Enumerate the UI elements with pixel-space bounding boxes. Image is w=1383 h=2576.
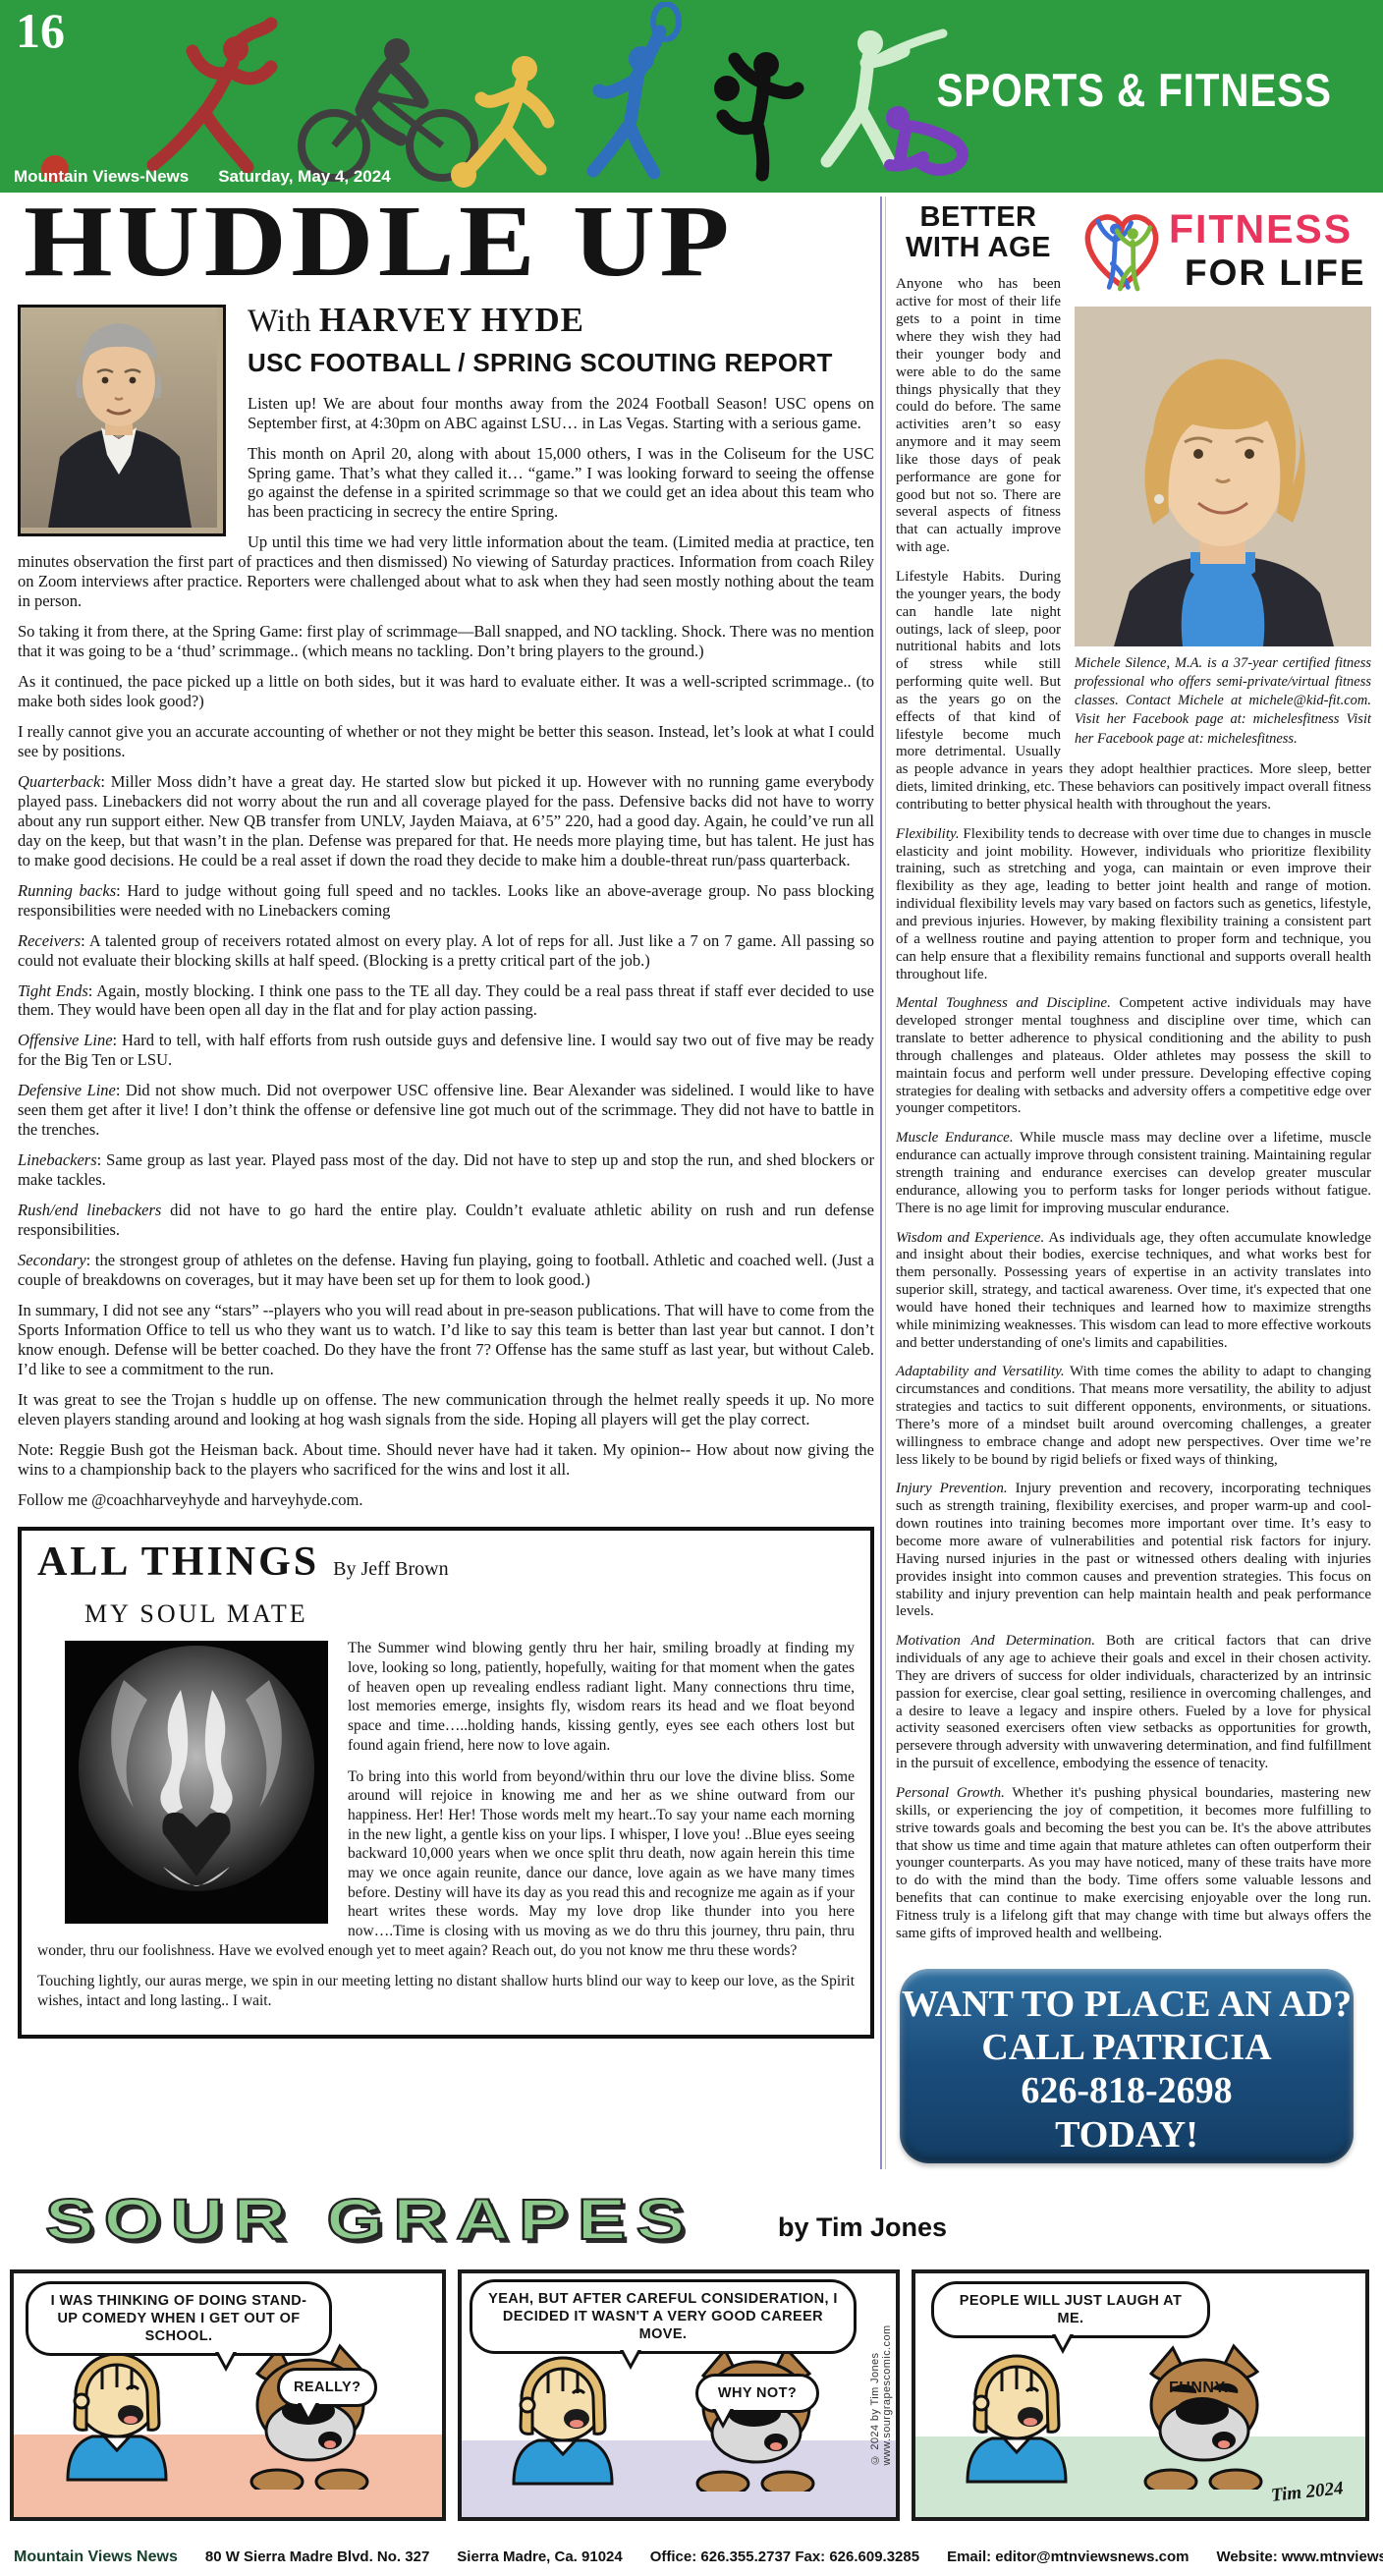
- all-things-title: ALL THINGS: [37, 1539, 319, 1586]
- comic-title: SOUR GRAPES: [45, 2187, 694, 2253]
- article-paragraph: So taking it from there, at the Spring G…: [18, 622, 874, 661]
- speech-bubble: YEAH, BUT AFTER CAREFUL CONSIDERATION, I…: [470, 2279, 857, 2354]
- article-body: Listen up! We are about four months away…: [18, 394, 874, 1510]
- baseball-batter-icon: [827, 30, 943, 163]
- place-ad-box: WANT TO PLACE AN AD?CALL PATRICIA626-818…: [900, 1969, 1354, 2163]
- article-title: HUDDLE UP: [24, 195, 976, 289]
- footer-phones: Office: 626.355.2737 Fax: 626.609.3285: [650, 2548, 919, 2566]
- article-paragraph: Linebackers: Same group as last year. Pl…: [18, 1150, 874, 1190]
- article-paragraph: Note: Reggie Bush got the Heisman back. …: [18, 1440, 874, 1480]
- harvey-hyde-photo: [18, 305, 226, 536]
- ad-line: CALL PATRICIA: [900, 2026, 1354, 2069]
- column-title: BETTER WITH AGE: [896, 202, 1075, 262]
- fitness-paragraph: Personal Growth. Whether it's pushing ph…: [896, 1785, 1371, 1943]
- article-paragraph: Receivers: A talented group of receivers…: [18, 931, 874, 971]
- footer: Mountain Views News 80 W Sierra Madre Bl…: [14, 2548, 1379, 2566]
- michele-portrait-illustration: [1075, 307, 1371, 646]
- byline-prefix: With: [248, 304, 311, 339]
- portrait-illustration: [21, 308, 217, 528]
- heart-dancers-icon: [1075, 200, 1169, 299]
- article-paragraph: Defensive Line: Did not show much. Did n…: [18, 1081, 874, 1140]
- page-number: 16: [16, 2, 65, 59]
- article-paragraph: Up until this time we had very little in…: [18, 532, 874, 611]
- soul-mate-image: [65, 1641, 328, 1924]
- article-paragraph: Tight Ends: Again, mostly blocking. I th…: [18, 981, 874, 1021]
- logo-line1: FITNESS: [1169, 206, 1366, 252]
- masthead: Mountain Views-News: [14, 167, 189, 186]
- fitness-paragraph: Adaptability and Versatility. With time …: [896, 1364, 1371, 1469]
- comic-panel-3: PEOPLE WILL JUST LAUGH AT ME. FUNNY. Tim…: [912, 2269, 1369, 2521]
- article-paragraph: Secondary: the strongest group of athlet…: [18, 1251, 874, 1290]
- sour-grapes-comic: SOUR GRAPES by Tim Jones I WAS THINKING …: [0, 2187, 1383, 2531]
- fitness-paragraph: Injury Prevention. Injury prevention and…: [896, 1481, 1371, 1621]
- article-paragraph: In summary, I did not see any “stars” --…: [18, 1301, 874, 1379]
- fitness-paragraph: Muscle Endurance. While muscle mass may …: [896, 1130, 1371, 1217]
- dog-reply-text: FUNNY.: [1169, 2380, 1229, 2397]
- article-paragraph: It was great to see the Trojan s huddle …: [18, 1390, 874, 1429]
- article-paragraph: Quarterback: Miller Moss didn’t have a g…: [18, 772, 874, 870]
- sports-silhouettes-illustration: [28, 2, 1010, 191]
- fitness-for-life-column: FITNESS FOR LIFE: [896, 200, 1371, 2163]
- speech-bubble: PEOPLE WILL JUST LAUGH AT ME.: [931, 2281, 1210, 2338]
- footer-address: 80 W Sierra Madre Blvd. No. 327: [205, 2548, 429, 2566]
- huddle-up-article: HUDDLE UP With HARVEY HYDE: [18, 195, 874, 2039]
- fitness-for-life-logo: FITNESS FOR LIFE: [1075, 200, 1371, 299]
- soul-mate-illustration: [65, 1641, 328, 1924]
- ball-juggler-icon: [714, 52, 798, 175]
- girl-character: [33, 2334, 200, 2482]
- all-things-paragraph: Touching lightly, our auras merge, we sp…: [37, 1972, 855, 2010]
- article-paragraph: Offensive Line: Hard to tell, with half …: [18, 1031, 874, 1070]
- ad-lines: WANT TO PLACE AN AD?CALL PATRICIA626-818…: [900, 1983, 1354, 2157]
- comic-panel-1: I WAS THINKING OF DOING STAND-UP COMEDY …: [10, 2269, 446, 2521]
- fitness-paragraph: Motivation And Determination. Both are c…: [896, 1633, 1371, 1773]
- comic-copyright: © 2024 by Tim Jones www.sourgrapescomic.…: [869, 2324, 893, 2465]
- speech-bubble: REALLY?: [277, 2368, 377, 2407]
- fitness-paragraph: Flexibility. Flexibility tends to decrea…: [896, 826, 1371, 984]
- comic-panel-2: YEAH, BUT AFTER CAREFUL CONSIDERATION, I…: [458, 2269, 900, 2521]
- ad-line: WANT TO PLACE AN AD?: [900, 1983, 1354, 2026]
- speech-bubble: I WAS THINKING OF DOING STAND-UP COMEDY …: [26, 2281, 332, 2356]
- fitness-paragraph: Mental Toughness and Discipline. Compete…: [896, 995, 1371, 1118]
- logo-line2: FOR LIFE: [1185, 252, 1366, 294]
- tennis-player-icon: [593, 4, 679, 173]
- section-title: SPORTS & FITNESS: [937, 63, 1332, 117]
- article-paragraph: Follow me @coachharveyhyde and harveyhyd…: [18, 1490, 874, 1510]
- dog-character: [666, 2344, 849, 2492]
- ad-line: TODAY!: [900, 2113, 1354, 2156]
- newspaper-page: 16 SPORTS & FITNESS Mountain Views-NewsS…: [0, 0, 1383, 2576]
- footer-email: Email: editor@mtnviewsnews.com: [947, 2548, 1189, 2566]
- michele-silence-photo: [1075, 307, 1371, 646]
- comic-byline: by Tim Jones: [778, 2212, 947, 2243]
- article-paragraph: Rush/end linebackers did not have to go …: [18, 1201, 874, 1240]
- footer-city: Sierra Madre, Ca. 91024: [457, 2548, 622, 2566]
- dog-character: [1114, 2342, 1297, 2490]
- article-paragraph: I really cannot give you an accurate acc…: [18, 722, 874, 761]
- all-things-column: ALL THINGS By Jeff Brown MY SOUL MATE: [18, 1527, 874, 2038]
- footer-masthead: Mountain Views News: [14, 2548, 178, 2566]
- article-paragraph: As it continued, the pace picked up a li…: [18, 672, 874, 711]
- speech-bubble: WHY NOT?: [695, 2374, 819, 2413]
- masthead-line: Mountain Views-NewsSaturday, May 4, 2024: [14, 167, 420, 187]
- column-divider: [880, 196, 886, 2169]
- section-banner: 16 SPORTS & FITNESS Mountain Views-NewsS…: [0, 0, 1383, 193]
- byline-name: HARVEY HYDE: [319, 301, 584, 339]
- issue-date: Saturday, May 4, 2024: [218, 167, 390, 186]
- cyclist-icon: [302, 38, 474, 178]
- girl-character: [933, 2336, 1100, 2484]
- runner-icon: [153, 24, 271, 167]
- all-things-byline: By Jeff Brown: [333, 1558, 448, 1581]
- article-paragraph: Running backs: Hard to judge without goi…: [18, 881, 874, 921]
- fitness-media-block: FITNESS FOR LIFE: [1075, 200, 1371, 749]
- all-things-heading: MY SOUL MATE: [84, 1599, 855, 1629]
- photo-caption: Michele Silence, M.A. is a 37-year certi…: [1075, 654, 1371, 749]
- footer-website: Website: www.mtnviewsnews.com: [1216, 2548, 1383, 2566]
- fitness-paragraph: Wisdom and Experience. As individuals ag…: [896, 1230, 1371, 1353]
- ad-line: 626-818-2698: [900, 2069, 1354, 2112]
